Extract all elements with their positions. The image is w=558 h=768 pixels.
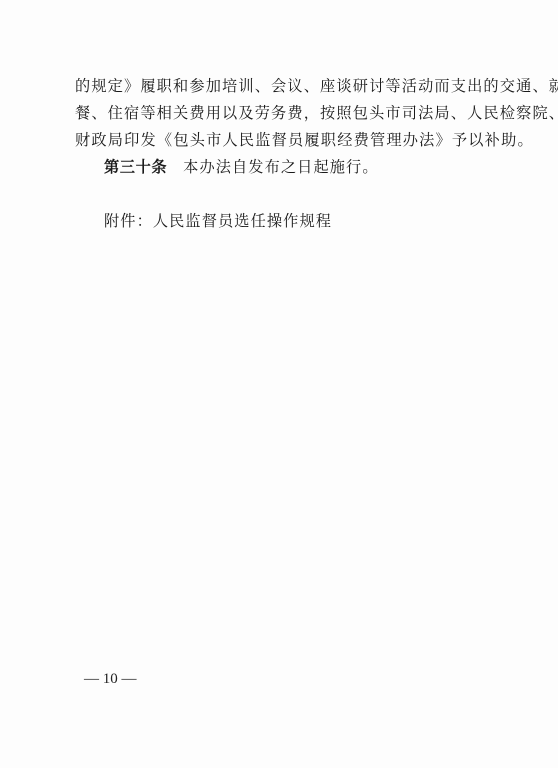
article-heading: 第三十条	[104, 158, 167, 176]
document-page: 的规定》履职和参加培训、会议、座谈研讨等活动而支出的交通、就 餐、住宿等相关费用…	[0, 0, 558, 768]
page-number: — 10 —	[84, 669, 137, 689]
paragraph-line-3: 财政局印发《包头市人民监督员履职经费管理办法》予以补助。	[75, 130, 487, 150]
article-30: 第三十条本办法自发布之日起施行。	[104, 157, 379, 177]
article-text: 本办法自发布之日起施行。	[183, 158, 378, 176]
paragraph-line-1: 的规定》履职和参加培训、会议、座谈研讨等活动而支出的交通、就	[75, 76, 487, 96]
attachment-note: 附件：人民监督员选任操作规程	[104, 211, 332, 231]
paragraph-line-2: 餐、住宿等相关费用以及劳务费，按照包头市司法局、人民检察院、	[75, 103, 487, 123]
